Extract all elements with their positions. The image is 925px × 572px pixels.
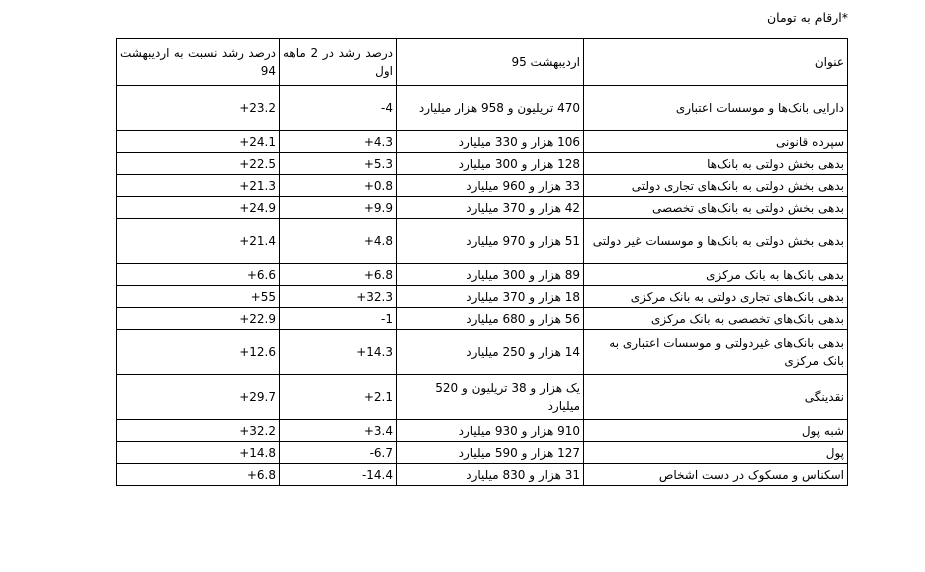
row-title: نقدینگی bbox=[584, 375, 848, 420]
row-value: 18 هزار و 370 میلیارد bbox=[397, 286, 584, 308]
table-row: بدهی بخش دولتی به بانک‌ها 128 هزار و 300… bbox=[117, 153, 848, 175]
table-row: بدهی بخش دولتی به بانک‌های تجاری دولتی 3… bbox=[117, 175, 848, 197]
row-growth-yoy: +24.9 bbox=[117, 197, 280, 219]
row-growth-2m: +32.3 bbox=[280, 286, 397, 308]
row-value: 51 هزار و 970 میلیارد bbox=[397, 219, 584, 264]
row-value: 42 هزار و 370 میلیارد bbox=[397, 197, 584, 219]
growth-yoy-text: +22.5 bbox=[120, 155, 276, 173]
row-title: پول bbox=[584, 442, 848, 464]
row-growth-2m: +3.4 bbox=[280, 420, 397, 442]
row-growth-yoy: +21.4 bbox=[117, 219, 280, 264]
growth-2m-text: -6.7 bbox=[283, 444, 393, 462]
row-growth-yoy: +29.7 bbox=[117, 375, 280, 420]
row-growth-2m: +5.3 bbox=[280, 153, 397, 175]
row-growth-yoy: +14.8 bbox=[117, 442, 280, 464]
row-growth-2m: +14.3 bbox=[280, 330, 397, 375]
growth-2m-text: +6.8 bbox=[283, 266, 393, 284]
growth-yoy-text: +12.6 bbox=[120, 343, 276, 361]
growth-yoy-text: +32.2 bbox=[120, 422, 276, 440]
growth-2m-text: +14.3 bbox=[283, 343, 393, 361]
growth-yoy-text: +6.8 bbox=[120, 466, 276, 484]
row-value: 910 هزار و 930 میلیارد bbox=[397, 420, 584, 442]
header-row: عنوان اردیبهشت 95 درصد رشد در 2 ماهه اول… bbox=[117, 39, 848, 86]
row-title: بدهی بانک‌های غیردولتی و موسسات اعتباری … bbox=[584, 330, 848, 375]
row-growth-yoy: +21.3 bbox=[117, 175, 280, 197]
growth-yoy-text: +55 bbox=[120, 288, 276, 306]
row-growth-2m: +6.8 bbox=[280, 264, 397, 286]
row-title: بدهی بانک‌های تجاری دولتی به بانک مرکزی bbox=[584, 286, 848, 308]
growth-2m-text: +4.8 bbox=[283, 232, 393, 250]
row-title: بدهی بانک‌ها به بانک مرکزی bbox=[584, 264, 848, 286]
table-row: بدهی بانک‌ها به بانک مرکزی 89 هزار و 300… bbox=[117, 264, 848, 286]
growth-yoy-text: +23.2 bbox=[120, 99, 276, 117]
table-row: نقدینگی یک هزار و 38 تریلیون و 520 میلیا… bbox=[117, 375, 848, 420]
growth-2m-text: -1 bbox=[283, 310, 393, 328]
row-growth-2m: +2.1 bbox=[280, 375, 397, 420]
row-title: بدهی بخش دولتی به بانک‌های تجاری دولتی bbox=[584, 175, 848, 197]
growth-2m-text: +2.1 bbox=[283, 388, 393, 406]
growth-2m-text: -4 bbox=[283, 99, 393, 117]
growth-yoy-text: +14.8 bbox=[120, 444, 276, 462]
row-title: شبه پول bbox=[584, 420, 848, 442]
currency-note: *ارقام به تومان bbox=[767, 10, 848, 25]
table-row: بدهی بانک‌های غیردولتی و موسسات اعتباری … bbox=[117, 330, 848, 375]
row-value: 128 هزار و 300 میلیارد bbox=[397, 153, 584, 175]
table-row: اسکناس و مسکوک در دست اشخاص 31 هزار و 83… bbox=[117, 464, 848, 486]
row-growth-yoy: +32.2 bbox=[117, 420, 280, 442]
table-row: سپرده قانونی 106 هزار و 330 میلیارد +4.3… bbox=[117, 131, 848, 153]
row-title: بدهی بخش دولتی به بانک‌ها و موسسات غیر د… bbox=[584, 219, 848, 264]
growth-yoy-text: +24.1 bbox=[120, 133, 276, 151]
row-growth-2m: -6.7 bbox=[280, 442, 397, 464]
row-growth-yoy: +22.5 bbox=[117, 153, 280, 175]
growth-yoy-text: +21.4 bbox=[120, 232, 276, 250]
header-value: اردیبهشت 95 bbox=[397, 39, 584, 86]
row-growth-2m: +0.8 bbox=[280, 175, 397, 197]
growth-yoy-text: +21.3 bbox=[120, 177, 276, 195]
row-title: بدهی بانک‌های تخصصی به بانک مرکزی bbox=[584, 308, 848, 330]
header-growth-2-months: درصد رشد در 2 ماهه اول bbox=[280, 39, 397, 86]
growth-yoy-text: +6.6 bbox=[120, 266, 276, 284]
row-value: 470 تریلیون و 958 هزار میلیارد bbox=[397, 86, 584, 131]
growth-2m-text: +0.8 bbox=[283, 177, 393, 195]
row-growth-yoy: +6.6 bbox=[117, 264, 280, 286]
row-growth-yoy: +55 bbox=[117, 286, 280, 308]
growth-2m-text: +4.3 bbox=[283, 133, 393, 151]
row-value: 33 هزار و 960 میلیارد bbox=[397, 175, 584, 197]
row-value: 127 هزار و 590 میلیارد bbox=[397, 442, 584, 464]
row-value: 56 هزار و 680 میلیارد bbox=[397, 308, 584, 330]
growth-2m-text: +9.9 bbox=[283, 199, 393, 217]
header-growth-yoy: درصد رشد نسبت به اردیبهشت 94 bbox=[117, 39, 280, 86]
growth-2m-text: +32.3 bbox=[283, 288, 393, 306]
row-growth-yoy: +6.8 bbox=[117, 464, 280, 486]
row-growth-2m: -4 bbox=[280, 86, 397, 131]
growth-2m-text: -14.4 bbox=[283, 466, 393, 484]
table-row: بدهی بانک‌های تخصصی به بانک مرکزی 56 هزا… bbox=[117, 308, 848, 330]
table-row: بدهی بانک‌های تجاری دولتی به بانک مرکزی … bbox=[117, 286, 848, 308]
row-growth-2m: +4.3 bbox=[280, 131, 397, 153]
header-title: عنوان bbox=[584, 39, 848, 86]
table-row: بدهی بخش دولتی به بانک‌های تخصصی 42 هزار… bbox=[117, 197, 848, 219]
row-value: 106 هزار و 330 میلیارد bbox=[397, 131, 584, 153]
row-growth-yoy: +23.2 bbox=[117, 86, 280, 131]
row-value: یک هزار و 38 تریلیون و 520 میلیارد bbox=[397, 375, 584, 420]
growth-2m-text: +5.3 bbox=[283, 155, 393, 173]
row-title: اسکناس و مسکوک در دست اشخاص bbox=[584, 464, 848, 486]
table-row: شبه پول 910 هزار و 930 میلیارد +3.4 +32.… bbox=[117, 420, 848, 442]
growth-yoy-text: +29.7 bbox=[120, 388, 276, 406]
row-growth-2m: -14.4 bbox=[280, 464, 397, 486]
row-value: 89 هزار و 300 میلیارد bbox=[397, 264, 584, 286]
growth-yoy-text: +24.9 bbox=[120, 199, 276, 217]
row-title: دارایی بانک‌ها و موسسات اعتباری bbox=[584, 86, 848, 131]
row-title: بدهی بخش دولتی به بانک‌ها bbox=[584, 153, 848, 175]
row-value: 31 هزار و 830 میلیارد bbox=[397, 464, 584, 486]
row-growth-2m: +9.9 bbox=[280, 197, 397, 219]
row-growth-yoy: +22.9 bbox=[117, 308, 280, 330]
row-growth-2m: +4.8 bbox=[280, 219, 397, 264]
row-title: سپرده قانونی bbox=[584, 131, 848, 153]
row-growth-2m: -1 bbox=[280, 308, 397, 330]
row-growth-yoy: +24.1 bbox=[117, 131, 280, 153]
growth-2m-text: +3.4 bbox=[283, 422, 393, 440]
row-value: 14 هزار و 250 میلیارد bbox=[397, 330, 584, 375]
table-row: بدهی بخش دولتی به بانک‌ها و موسسات غیر د… bbox=[117, 219, 848, 264]
growth-yoy-text: +22.9 bbox=[120, 310, 276, 328]
table-row: دارایی بانک‌ها و موسسات اعتباری 470 تریل… bbox=[117, 86, 848, 131]
row-growth-yoy: +12.6 bbox=[117, 330, 280, 375]
row-title: بدهی بخش دولتی به بانک‌های تخصصی bbox=[584, 197, 848, 219]
banking-statistics-table: عنوان اردیبهشت 95 درصد رشد در 2 ماهه اول… bbox=[116, 38, 848, 486]
table-row: پول 127 هزار و 590 میلیارد -6.7 +14.8 bbox=[117, 442, 848, 464]
